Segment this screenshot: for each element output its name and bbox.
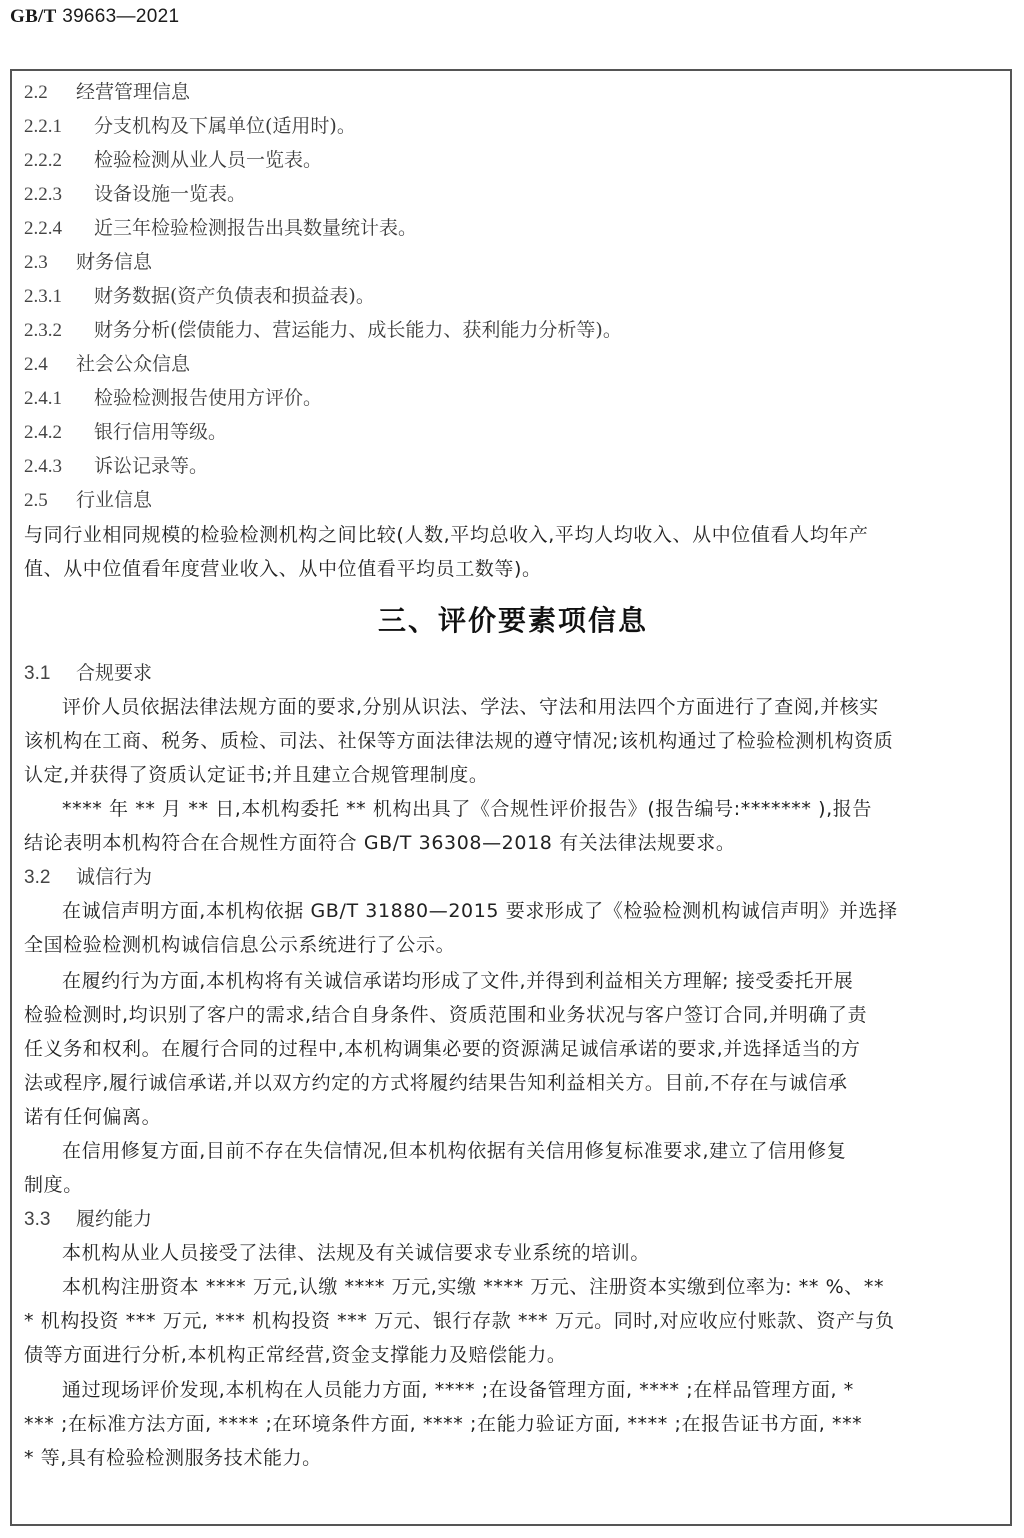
s32-p3-line: 制度。: [24, 1168, 83, 1202]
s31-p2-line: 结论表明本机构符合在合规性方面符合 GB/T 36308—2018 有关法律法规…: [24, 826, 735, 860]
item-2-3-1: 2.3.1财务数据(资产负债表和损益表)。: [24, 279, 375, 314]
standard-code-header: GB/T 39663—2021: [10, 6, 179, 28]
industry-para-line: 值、从中位值看年度营业收入、从中位值看平均员工数等)。: [24, 552, 542, 586]
s31-p2-line: **** 年 ** 月 ** 日,本机构委托 ** 机构出具了《合规性评价报告》…: [24, 792, 872, 826]
s32-p2-line: 任义务和权利。在履行合同的过程中,本机构调集必要的资源满足诚信承诺的要求,并选择…: [24, 1032, 860, 1066]
standard-code-prefix: GB/T: [10, 6, 57, 27]
item-2-4-3: 2.4.3诉讼记录等。: [24, 449, 208, 484]
item-2-2-3: 2.2.3设备设施一览表。: [24, 177, 246, 212]
s33-p3-line: *** ;在标准方法方面, **** ;在环境条件方面, **** ;在能力验证…: [24, 1407, 862, 1441]
standard-code-number: 39663—2021: [62, 6, 179, 27]
heading-2-5: 2.5行业信息: [24, 483, 152, 518]
heading-2-4: 2.4社会公众信息: [24, 347, 190, 382]
item-2-2-1: 2.2.1分支机构及下属单位(适用时)。: [24, 109, 356, 144]
item-2-2-2: 2.2.2检验检测从业人员一览表。: [24, 143, 322, 178]
item-2-4-2: 2.4.2银行信用等级。: [24, 415, 227, 450]
heading-3-3: 3.3履约能力: [24, 1202, 152, 1237]
s31-p1-line: 该机构在工商、税务、质检、司法、社保等方面法律法规的遵守情况;该机构通过了检验检…: [24, 724, 893, 758]
s32-p2-line: 法或程序,履行诚信承诺,并以双方约定的方式将履约结果告知利益相关方。目前,不存在…: [24, 1066, 848, 1100]
heading-2-3: 2.3财务信息: [24, 245, 152, 280]
s32-p1-line: 在诚信声明方面,本机构依据 GB/T 31880—2015 要求形成了《检验检测…: [24, 894, 898, 928]
s33-p2-line: * 机构投资 *** 万元, *** 机构投资 *** 万元、银行存款 *** …: [24, 1304, 895, 1338]
item-2-2-4: 2.2.4近三年检验检测报告出具数量统计表。: [24, 211, 417, 246]
heading-2-2: 2.2经营管理信息: [24, 75, 190, 110]
chapter-title: 三、评价要素项信息: [12, 599, 1014, 639]
s31-p1-line: 认定,并获得了资质认定证书;并且建立合规管理制度。: [24, 758, 488, 792]
item-2-3-2: 2.3.2财务分析(偿债能力、营运能力、成长能力、获利能力分析等)。: [24, 313, 622, 348]
s33-p2-line: 本机构注册资本 **** 万元,认缴 **** 万元,实缴 **** 万元、注册…: [24, 1270, 884, 1304]
heading-3-1: 3.1合规要求: [24, 656, 152, 691]
content-frame: 2.2经营管理信息 2.2.1分支机构及下属单位(适用时)。 2.2.2检验检测…: [10, 69, 1012, 1526]
s33-p2-line: 债等方面进行分析,本机构正常经营,资金支撑能力及赔偿能力。: [24, 1338, 566, 1372]
industry-para-line: 与同行业相同规模的检验检测机构之间比较(人数,平均总收入,平均人均收入、从中位值…: [24, 518, 869, 552]
s31-p1-line: 评价人员依据法律法规方面的要求,分别从识法、学法、守法和用法四个方面进行了查阅,…: [24, 690, 879, 724]
s32-p1-line: 全国检验检测机构诚信信息公示系统进行了公示。: [24, 928, 455, 962]
heading-3-2: 3.2诚信行为: [24, 860, 152, 895]
s32-p3-line: 在信用修复方面,目前不存在失信情况,但本机构依据有关信用修复标准要求,建立了信用…: [24, 1134, 846, 1168]
s33-p3-line: 通过现场评价发现,本机构在人员能力方面, **** ;在设备管理方面, ****…: [24, 1373, 854, 1407]
s32-p2-line: 检验检测时,均识别了客户的需求,结合自身条件、资质范围和业务状况与客户签订合同,…: [24, 998, 867, 1032]
s32-p2-line: 在履约行为方面,本机构将有关诚信承诺均形成了文件,并得到利益相关方理解; 接受委…: [24, 964, 853, 998]
item-2-4-1: 2.4.1检验检测报告使用方评价。: [24, 381, 322, 416]
s32-p2-line: 诺有任何偏离。: [24, 1100, 161, 1134]
s33-p3-line: * 等,具有检验检测服务技术能力。: [24, 1441, 322, 1475]
s33-p1-line: 本机构从业人员接受了法律、法规及有关诚信要求专业系统的培训。: [24, 1236, 650, 1270]
